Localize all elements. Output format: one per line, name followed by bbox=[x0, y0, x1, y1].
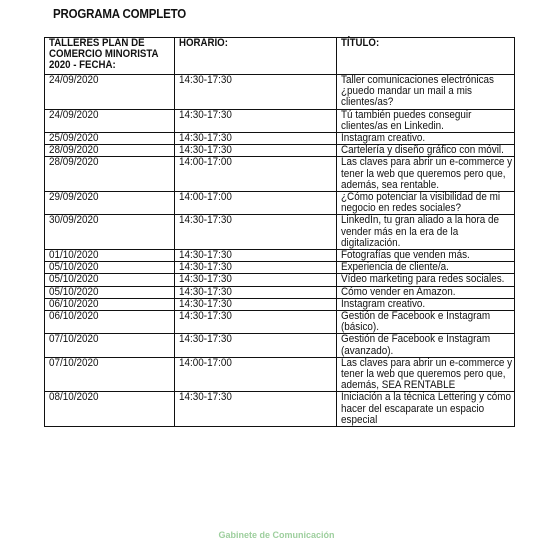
table-row: 01/10/202014:30-17:30Fotografías que ven… bbox=[45, 250, 515, 262]
cell-fecha: 05/10/2020 bbox=[45, 274, 175, 286]
cell-horario: 14:30-17:30 bbox=[175, 392, 337, 427]
cell-horario: 14:30-17:30 bbox=[175, 250, 337, 262]
cell-horario: 14:00-17:00 bbox=[175, 157, 337, 192]
footer-text: Gabinete de Comunicación bbox=[0, 530, 553, 540]
cell-horario: 14:30-17:30 bbox=[175, 298, 337, 310]
cell-titulo: Las claves para abrir un e-commerce y te… bbox=[337, 157, 515, 192]
table-row: 24/09/202014:30-17:30Tú también puedes c… bbox=[45, 109, 515, 132]
header-fecha: TALLERES PLAN DE COMERCIO MINORISTA 2020… bbox=[45, 38, 175, 75]
cell-horario: 14:30-17:30 bbox=[175, 262, 337, 274]
cell-horario: 14:00-17:00 bbox=[175, 192, 337, 215]
cell-fecha: 30/09/2020 bbox=[45, 215, 175, 250]
header-titulo: TÍTULO: bbox=[337, 38, 515, 75]
table-row: 07/10/202014:00-17:00Las claves para abr… bbox=[45, 357, 515, 392]
cell-horario: 14:30-17:30 bbox=[175, 145, 337, 157]
cell-fecha: 06/10/2020 bbox=[45, 298, 175, 310]
cell-titulo: Las claves para abrir un e-commerce y te… bbox=[337, 357, 515, 392]
table-row: 24/09/202014:30-17:30Taller comunicacion… bbox=[45, 75, 515, 110]
table-row: 06/10/202014:30-17:30Gestión de Facebook… bbox=[45, 311, 515, 334]
table-row: 30/09/202014:30-17:30LinkedIn, tu gran a… bbox=[45, 215, 515, 250]
cell-horario: 14:30-17:30 bbox=[175, 311, 337, 334]
cell-horario: 14:30-17:30 bbox=[175, 109, 337, 132]
table-row: 29/09/202014:00-17:00¿Cómo potenciar la … bbox=[45, 192, 515, 215]
cell-titulo: Vídeo marketing para redes sociales. bbox=[337, 274, 515, 286]
header-horario: HORARIO: bbox=[175, 38, 337, 75]
table-row: 06/10/202014:30-17:30Instagram creativo. bbox=[45, 298, 515, 310]
table-row: 07/10/202014:30-17:30Gestión de Facebook… bbox=[45, 334, 515, 357]
cell-fecha: 24/09/2020 bbox=[45, 75, 175, 110]
cell-fecha: 05/10/2020 bbox=[45, 286, 175, 298]
table-header-row: TALLERES PLAN DE COMERCIO MINORISTA 2020… bbox=[45, 38, 515, 75]
cell-fecha: 28/09/2020 bbox=[45, 157, 175, 192]
cell-titulo: Experiencia de cliente/a. bbox=[337, 262, 515, 274]
cell-titulo: Instagram creativo. bbox=[337, 133, 515, 145]
cell-titulo: Cómo vender en Amazon. bbox=[337, 286, 515, 298]
cell-titulo: ¿Cómo potenciar la visibilidad de mi neg… bbox=[337, 192, 515, 215]
cell-horario: 14:30-17:30 bbox=[175, 274, 337, 286]
cell-horario: 14:30-17:30 bbox=[175, 286, 337, 298]
cell-titulo: Gestión de Facebook e Instagram (avanzad… bbox=[337, 334, 515, 357]
cell-fecha: 07/10/2020 bbox=[45, 334, 175, 357]
cell-horario: 14:30-17:30 bbox=[175, 215, 337, 250]
cell-fecha: 24/09/2020 bbox=[45, 109, 175, 132]
table-row: 05/10/202014:30-17:30Experiencia de clie… bbox=[45, 262, 515, 274]
cell-horario: 14:30-17:30 bbox=[175, 133, 337, 145]
cell-fecha: 28/09/2020 bbox=[45, 145, 175, 157]
table-row: 25/09/202014:30-17:30Instagram creativo. bbox=[45, 133, 515, 145]
table-row: 28/09/202014:30-17:30Cartelería y diseño… bbox=[45, 145, 515, 157]
cell-titulo: Taller comunicaciones electrónicas ¿pued… bbox=[337, 75, 515, 110]
table-row: 05/10/202014:30-17:30Cómo vender en Amaz… bbox=[45, 286, 515, 298]
cell-titulo: Tú también puedes conseguir clientes/as … bbox=[337, 109, 515, 132]
cell-horario: 14:30-17:30 bbox=[175, 334, 337, 357]
cell-fecha: 01/10/2020 bbox=[45, 250, 175, 262]
cell-fecha: 07/10/2020 bbox=[45, 357, 175, 392]
cell-titulo: Cartelería y diseño gráfico con móvil. bbox=[337, 145, 515, 157]
cell-titulo: Fotografías que venden más. bbox=[337, 250, 515, 262]
table-body: 24/09/202014:30-17:30Taller comunicacion… bbox=[45, 75, 515, 427]
cell-titulo: Iniciación a la técnica Lettering y cómo… bbox=[337, 392, 515, 427]
cell-fecha: 29/09/2020 bbox=[45, 192, 175, 215]
cell-fecha: 05/10/2020 bbox=[45, 262, 175, 274]
table-row: 05/10/202014:30-17:30Vídeo marketing par… bbox=[45, 274, 515, 286]
cell-titulo: Gestión de Facebook e Instagram (básico)… bbox=[337, 311, 515, 334]
cell-titulo: LinkedIn, tu gran aliado a la hora de ve… bbox=[337, 215, 515, 250]
cell-titulo: Instagram creativo. bbox=[337, 298, 515, 310]
program-table: TALLERES PLAN DE COMERCIO MINORISTA 2020… bbox=[44, 37, 515, 427]
table-row: 28/09/202014:00-17:00Las claves para abr… bbox=[45, 157, 515, 192]
cell-fecha: 08/10/2020 bbox=[45, 392, 175, 427]
table-row: 08/10/202014:30-17:30Iniciación a la téc… bbox=[45, 392, 515, 427]
cell-horario: 14:30-17:30 bbox=[175, 75, 337, 110]
cell-fecha: 25/09/2020 bbox=[45, 133, 175, 145]
cell-fecha: 06/10/2020 bbox=[45, 311, 175, 334]
cell-horario: 14:00-17:00 bbox=[175, 357, 337, 392]
document-title: PROGRAMA COMPLETO bbox=[53, 7, 186, 21]
